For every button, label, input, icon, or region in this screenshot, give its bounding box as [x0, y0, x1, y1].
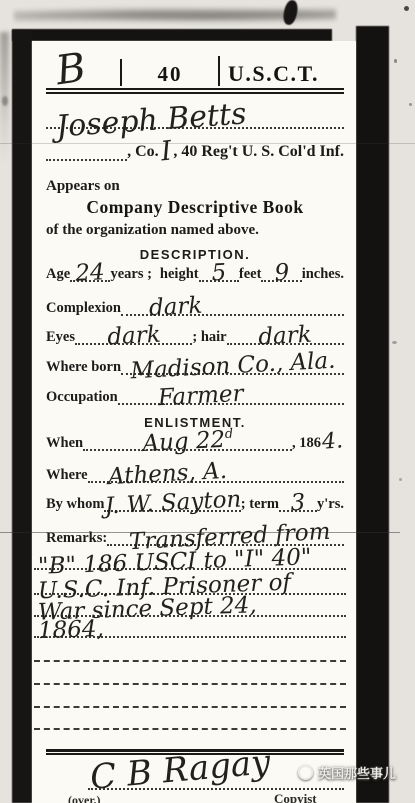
occupation-label: Occupation: [46, 390, 118, 405]
regiment-number: 40: [122, 62, 218, 87]
co-label: , Co.: [127, 144, 159, 161]
height-inches-value: 9: [274, 262, 290, 286]
feet-label: feet: [239, 267, 262, 282]
where-label: Where: [46, 468, 88, 483]
scan-speck: [409, 103, 412, 106]
when-value-superscript: d: [224, 427, 233, 442]
over-label: (over.): [68, 793, 101, 803]
signature-line: [88, 788, 344, 790]
age-height-row: Age 24 years ; height 5 feet 9 inches.: [46, 256, 344, 282]
frame-left-bar: [12, 30, 32, 803]
eyes-label: Eyes: [46, 330, 75, 345]
born-row: Where born Madison Co., Ala.: [46, 349, 344, 375]
years-label: years ;: [110, 267, 151, 282]
blank-rule: [34, 683, 346, 685]
age-label: Age: [46, 267, 70, 282]
scan-speck: [399, 478, 402, 481]
when-label: When: [46, 436, 83, 451]
watermark-text: 英国那些事儿: [318, 763, 396, 782]
hair-value: dark: [258, 324, 313, 350]
born-label: Where born: [46, 360, 121, 375]
book-title: Company Descriptive Book: [46, 197, 344, 218]
by-whom-value: J. W. Sayton: [104, 488, 242, 518]
dotted-leader: [46, 151, 127, 161]
scanned-page: B 40 U.S.C.T. Joseph Betts , Co. I , 40 …: [0, 0, 415, 803]
age-value: 24: [75, 261, 105, 286]
blank-rule: [34, 706, 346, 708]
unit-line: , Co. I , 40 Reg't U. S. Col'd Inf.: [46, 137, 344, 161]
frame-top-bar: [12, 29, 332, 41]
scan-line-artifact: [0, 143, 415, 144]
term-unit-label: y'rs.: [317, 497, 344, 512]
company-value-handwritten: I: [159, 138, 172, 166]
scan-speck: [392, 341, 397, 344]
hair-label: ; hair: [192, 330, 226, 345]
year-label: , 186: [292, 436, 321, 451]
complexion-label: Complexion: [46, 301, 121, 316]
company-letter-handwritten: B: [54, 43, 123, 92]
inches-label: inches.: [302, 267, 344, 282]
occupation-value: Farmer: [157, 383, 244, 410]
year-value: 4.: [321, 430, 343, 453]
card-header: B 40 U.S.C.T.: [46, 53, 344, 87]
remarks-line: 1864,: [34, 612, 346, 638]
eyes-value: dark: [106, 324, 161, 350]
occupation-row: Occupation Farmer: [46, 379, 344, 405]
where-row: Where Athens, A.: [46, 457, 344, 483]
height-label: height: [160, 267, 199, 282]
complexion-value: dark: [148, 295, 203, 321]
remarks-line: "B" 186 USCI to "I" 40": [34, 544, 346, 570]
record-card: B 40 U.S.C.T. Joseph Betts , Co. I , 40 …: [32, 41, 356, 803]
watermark-logo-icon: [298, 765, 313, 780]
book-subtitle: of the organization named above.: [46, 223, 259, 239]
scan-speck: [2, 96, 8, 106]
height-feet-value: 5: [211, 262, 227, 286]
watermark: 英国那些事儿: [298, 763, 396, 782]
blank-rule: [34, 660, 346, 662]
term-value: 3: [290, 492, 306, 516]
scan-speck: [404, 6, 409, 11]
remarks-row: Remarks: Transferred from: [46, 520, 344, 546]
scan-speck: [394, 59, 397, 63]
blank-rule: [34, 728, 346, 730]
by-whom-label: By whom: [46, 497, 104, 512]
organization-abbrev: U.S.C.T.: [220, 61, 344, 87]
when-value: Aug 22d: [141, 428, 233, 456]
regiment-label: , 40 Reg't U. S. Col'd Inf.: [173, 144, 344, 161]
term-label: ; term: [241, 497, 279, 512]
complexion-row: Complexion dark: [46, 290, 344, 316]
eyes-hair-row: Eyes dark ; hair dark: [46, 319, 344, 345]
double-rule: [46, 88, 344, 94]
copyist-label: Copyist: [274, 791, 317, 803]
remarks-line-5: 1864,: [38, 618, 105, 643]
scan-line-artifact: [0, 532, 400, 533]
when-row: When Aug 22d , 186 4.: [46, 425, 344, 451]
by-whom-row: By whom J. W. Sayton ; term 3 y'rs.: [46, 486, 344, 512]
where-value: Athens, A.: [107, 460, 227, 489]
appears-on-label: Appears on: [46, 179, 120, 195]
name-line: Joseph Betts: [46, 95, 344, 129]
